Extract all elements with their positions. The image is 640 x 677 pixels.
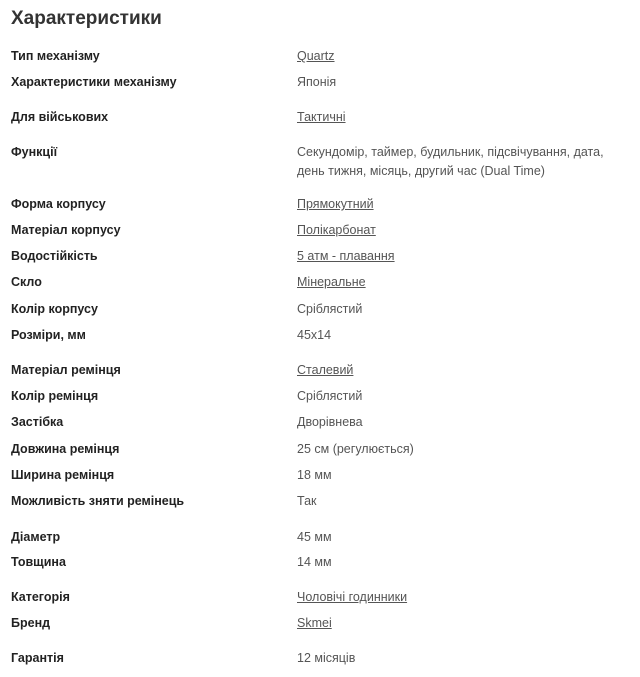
- spec-value-link[interactable]: Прямокутний: [297, 197, 374, 211]
- spec-label: Бренд: [11, 614, 50, 633]
- spec-value: Дворівнева: [297, 413, 627, 432]
- spec-value: Quartz: [297, 47, 627, 66]
- spec-value: Прямокутний: [297, 195, 627, 214]
- spec-label: Матеріал ремінця: [11, 361, 121, 380]
- spec-label: Гарантія: [11, 649, 64, 668]
- section-title: Характеристики: [11, 8, 162, 30]
- spec-value: 5 атм - плавання: [297, 247, 627, 266]
- spec-label: Колір ремінця: [11, 387, 98, 406]
- spec-value: Полікарбонат: [297, 221, 627, 240]
- spec-label: Довжина ремінця: [11, 440, 119, 459]
- spec-label: Ширина ремінця: [11, 466, 114, 485]
- spec-label: Функції: [11, 143, 57, 162]
- spec-value-link[interactable]: Тактичні: [297, 110, 346, 124]
- spec-value: 12 місяців: [297, 649, 627, 668]
- spec-value: Сріблястий: [297, 300, 627, 319]
- spec-value: Мінеральне: [297, 273, 627, 292]
- spec-value: Чоловічі годинники: [297, 588, 627, 607]
- spec-label: Скло: [11, 273, 42, 292]
- spec-label: Колір корпусу: [11, 300, 98, 319]
- spec-value: Skmei: [297, 614, 627, 633]
- spec-value-link[interactable]: Чоловічі годинники: [297, 590, 407, 604]
- spec-label: Можливість зняти ремінець: [11, 492, 184, 511]
- spec-label: Розміри, мм: [11, 326, 86, 345]
- spec-label: Товщина: [11, 553, 66, 572]
- spec-value: Тактичні: [297, 108, 627, 127]
- spec-value: Так: [297, 492, 627, 511]
- spec-value-link[interactable]: Сталевий: [297, 363, 353, 377]
- spec-value: Сталевий: [297, 361, 627, 380]
- spec-label: Категорія: [11, 588, 70, 607]
- spec-value: Секундомір, таймер, будильник, підсвічув…: [297, 143, 627, 181]
- spec-label: Водостійкість: [11, 247, 98, 266]
- spec-value-link[interactable]: Skmei: [297, 616, 332, 630]
- spec-label: Для військових: [11, 108, 108, 127]
- spec-value: Сріблястий: [297, 387, 627, 406]
- spec-value: 18 мм: [297, 466, 627, 485]
- spec-label: Діаметр: [11, 528, 60, 547]
- spec-label: Матеріал корпусу: [11, 221, 121, 240]
- spec-value-link[interactable]: 5 атм - плавання: [297, 249, 395, 263]
- spec-value: 45x14: [297, 326, 627, 345]
- spec-label: Форма корпусу: [11, 195, 106, 214]
- spec-label: Застібка: [11, 413, 63, 432]
- spec-value-link[interactable]: Полікарбонат: [297, 223, 376, 237]
- spec-value: 14 мм: [297, 553, 627, 572]
- spec-label: Характеристики механізму: [11, 73, 177, 92]
- spec-label: Тип механізму: [11, 47, 100, 66]
- spec-value: 45 мм: [297, 528, 627, 547]
- spec-value: Японія: [297, 73, 627, 92]
- spec-value-link[interactable]: Мінеральне: [297, 275, 366, 289]
- spec-value: 25 см (регулюється): [297, 440, 627, 459]
- spec-value-link[interactable]: Quartz: [297, 49, 335, 63]
